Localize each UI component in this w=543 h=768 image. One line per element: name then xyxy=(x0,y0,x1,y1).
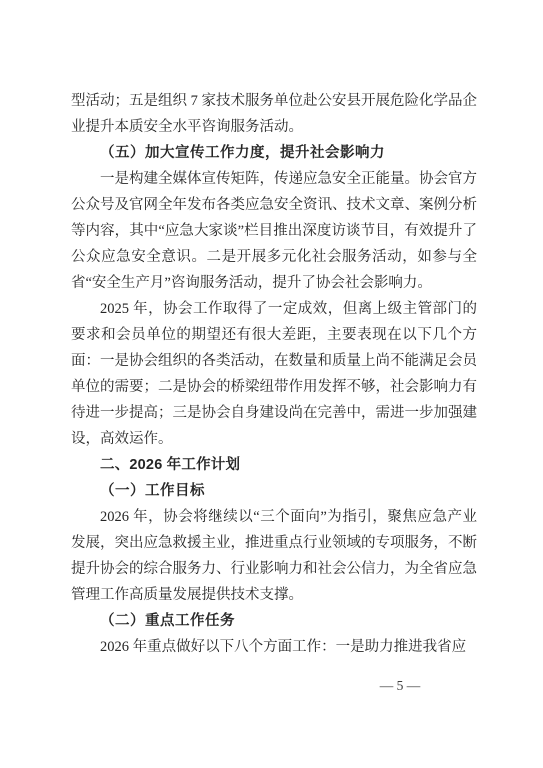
section-heading-work-goals: （一）工作目标 xyxy=(71,478,477,504)
body-paragraph-continuation: 型活动；五是组织 7 家技术服务单位赴公安县开展危险化学品企业提升本质安全水平咨… xyxy=(71,88,477,140)
body-paragraph-2026-goals: 2026 年，协会将继续以“三个面向”为指引，聚焦应急产业发展，突出应急救援主业… xyxy=(71,504,477,608)
body-paragraph-2025-summary: 2025 年，协会工作取得了一定成效，但离上级主管部门的要求和会员单位的期望还有… xyxy=(71,296,477,452)
document-text-block: 型活动；五是组织 7 家技术服务单位赴公安县开展危险化学品企业提升本质安全水平咨… xyxy=(71,88,477,660)
body-paragraph-publicity-detail: 一是构建全媒体宣传矩阵，传递应急安全正能量。协会官方公众号及官网全年发布各类应急… xyxy=(71,166,477,296)
section-heading-key-tasks: （二）重点工作任务 xyxy=(71,608,477,634)
document-page: 型活动；五是组织 7 家技术服务单位赴公安县开展危险化学品企业提升本质安全水平咨… xyxy=(0,0,543,768)
page-number: — 5 — xyxy=(375,676,425,696)
chapter-heading-2026-work-plan: 二、2026 年工作计划 xyxy=(71,452,477,478)
body-paragraph-key-tasks-intro: 2026 年重点做好以下八个方面工作：一是助力推进我省应 xyxy=(71,634,477,660)
section-heading-publicity: （五）加大宣传工作力度，提升社会影响力 xyxy=(71,140,477,166)
